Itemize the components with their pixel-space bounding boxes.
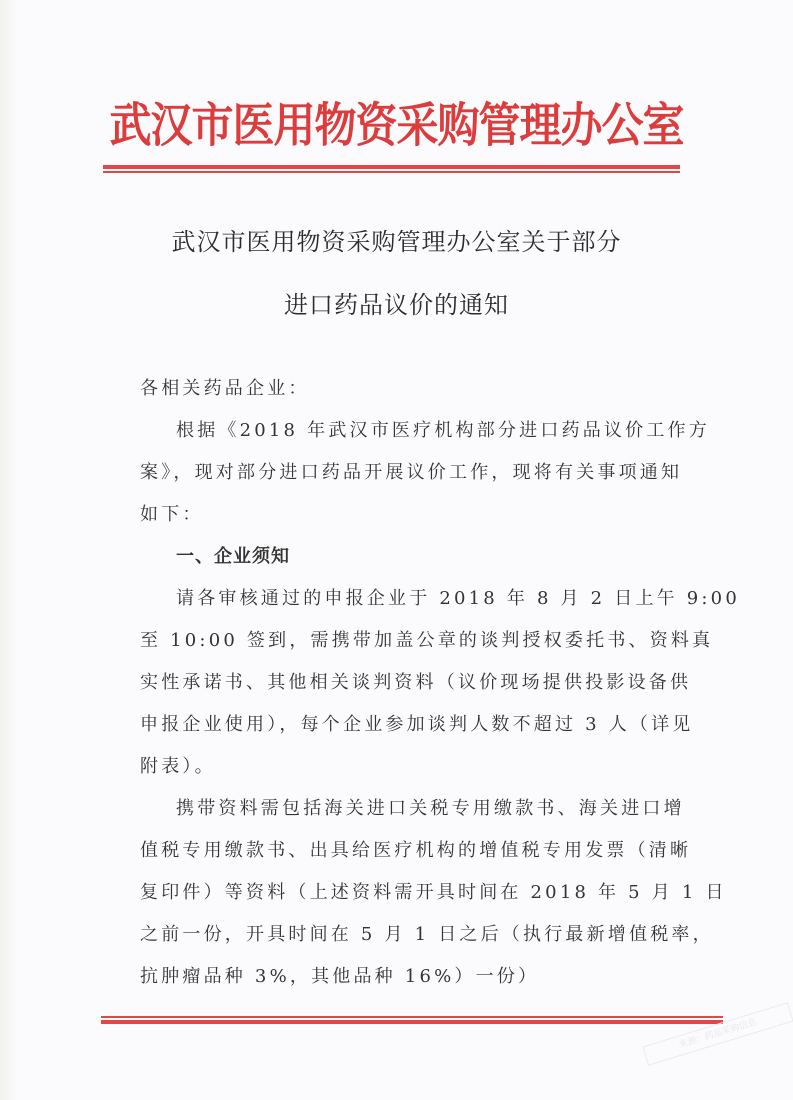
paragraph-line: 值税专用缴款书、出具给医疗机构的增值税专用发票（清晰 bbox=[140, 830, 691, 872]
letterhead-double-rule bbox=[103, 165, 680, 173]
paragraph-line: 申报企业使用），每个企业参加谈判人数不超过 3 人（详见 bbox=[140, 704, 694, 746]
letterhead-org-name: 武汉市医用物资采购管理办公室 bbox=[0, 95, 793, 158]
intro-line: 如下： bbox=[140, 494, 204, 536]
paragraph-line: 至 10:00 签到，需携带加盖公章的谈判授权委托书、资料真 bbox=[140, 620, 713, 662]
paragraph-line: 实性承诺书、其他相关谈判资料（议价现场提供投影设备供 bbox=[140, 662, 691, 704]
document-title-line2: 进口药品议价的通知 bbox=[0, 285, 793, 320]
paragraph-line: 携带资料需包括海关进口关税专用缴款书、海关进口增 bbox=[176, 788, 685, 830]
section-heading: 一、企业须知 bbox=[176, 536, 290, 578]
watermark-stamp: 来源：药品采购信息 bbox=[642, 1002, 793, 1066]
document-body: 各相关药品企业： 根据《2018 年武汉市医疗机构部分进口药品议价工作方 案》，… bbox=[140, 368, 660, 988]
letterhead-rule-thick bbox=[103, 165, 680, 169]
intro-line: 案》，现对部分进口药品开展议价工作，现将有关事项通知 bbox=[140, 452, 682, 494]
document-title-line1: 武汉市医用物资采购管理办公室关于部分 bbox=[0, 222, 793, 257]
paragraph-line: 之前一份，开具时间在 5 月 1 日之后（执行最新增值税率， bbox=[140, 914, 714, 956]
letterhead-rule-thin bbox=[103, 171, 680, 173]
paragraph-line: 抗肿瘤品种 3%，其他品种 16%）一份） bbox=[140, 956, 539, 998]
salutation: 各相关药品企业： bbox=[140, 368, 310, 410]
scan-page-edge bbox=[0, 0, 18, 1100]
footer-rule-thick bbox=[101, 1020, 723, 1024]
intro-line: 根据《2018 年武汉市医疗机构部分进口药品议价工作方 bbox=[176, 410, 710, 452]
footer-rule-thin bbox=[101, 1016, 723, 1018]
paragraph-line: 附表）。 bbox=[140, 746, 216, 788]
paragraph-line: 复印件）等资料（上述资料需开具时间在 2018 年 5 月 1 日 bbox=[140, 872, 727, 914]
paragraph-line: 请各审核通过的申报企业于 2018 年 8 月 2 日上午 9:00 bbox=[176, 578, 740, 620]
footer-double-rule bbox=[101, 1016, 723, 1024]
